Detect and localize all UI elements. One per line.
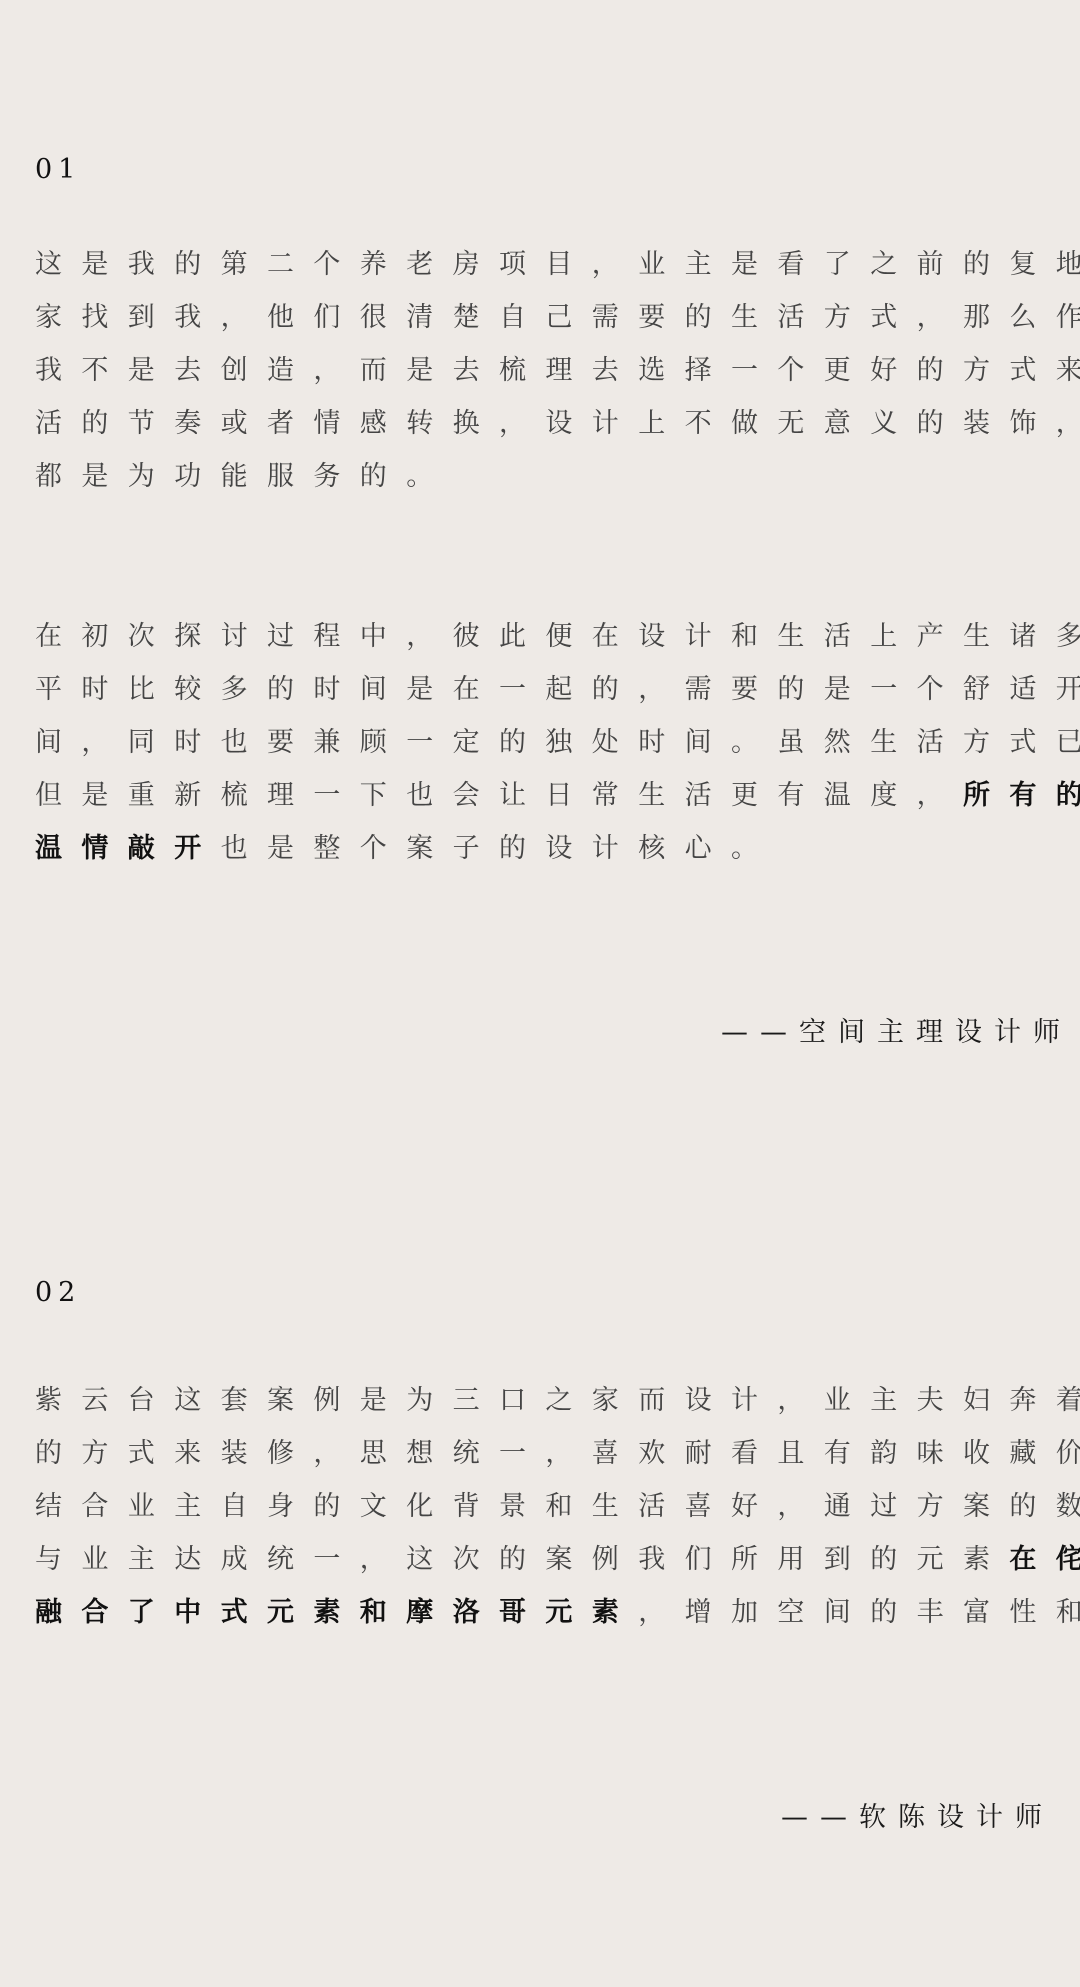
text-line: 间，同时也要兼顾一定的独处时间。虽然生活方式已经固定了，: [35, 716, 1065, 769]
section-02-paragraph-1: 紫云台这套案例是为三口之家而设计，业主夫妇奔着养老和传承 的方式来装修，思想统一…: [35, 1374, 1065, 1639]
text-line: 都是为功能服务的。: [35, 450, 1065, 503]
text-segment: 我不是去创造，而是去梳理去选择一个更好的方式来调和他们生: [35, 355, 1080, 386]
text-segment: 间，同时也要兼顾一定的独处时间。虽然生活方式已经固定了，: [35, 727, 1080, 758]
emphasis-text: 在侘寂的基础上: [1009, 1544, 1080, 1575]
text-line: 平时比较多的时间是在一起的，需要的是一个舒适开阔的共处空: [35, 663, 1065, 716]
text-line: 在初次探讨过程中，彼此便在设计和生活上产生诸多共鸣。业主: [35, 610, 1065, 663]
text-segment: 这是我的第二个养老房项目，业主是看了之前的复地山语城客户: [35, 249, 1080, 280]
text-segment: 也是整个案子的设计核心。: [221, 833, 778, 864]
section-number-02: 02: [35, 1273, 81, 1313]
text-segment: ，增加空间的丰富性和人文情怀。: [638, 1597, 1080, 1628]
text-line: 这是我的第二个养老房项目，业主是看了之前的复地山语城客户: [35, 238, 1065, 291]
text-line: 结合业主自身的文化背景和生活喜好，通过方案的数次沟通设计: [35, 1480, 1065, 1533]
text-segment: 结合业主自身的文化背景和生活喜好，通过方案的数次沟通设计: [35, 1491, 1080, 1522]
text-segment: 的方式来装修，思想统一，喜欢耐看且有韵味收藏价值的物件。: [35, 1438, 1080, 1469]
text-line: 温情敲开也是整个案子的设计核心。: [35, 822, 1065, 875]
text-segment: 平时比较多的时间是在一起的，需要的是一个舒适开阔的共处空: [35, 674, 1080, 705]
section-number-01: 01: [35, 150, 81, 190]
text-segment: 在初次探讨过程中，彼此便在设计和生活上产生诸多共鸣。业主: [35, 621, 1080, 652]
text-segment: 紫云台这套案例是为三口之家而设计，业主夫妇奔着: [35, 1385, 1080, 1416]
emphasis-text: 融合了中式元素和摩洛哥元素: [35, 1597, 638, 1628]
text-line: 我不是去创造，而是去梳理去选择一个更好的方式来调和他们生: [35, 344, 1065, 397]
text-line: 与业主达成统一，这次的案例我们所用到的元素在侘寂的基础上: [35, 1533, 1065, 1586]
attribution-soft-furnishing-designer: ——软陈设计师: [781, 1798, 1054, 1838]
text-line: 的方式来装修，思想统一，喜欢耐看且有韵味收藏价值的物件。: [35, 1427, 1065, 1480]
text-line: 活的节奏或者情感转换，设计上不做无意义的装饰，每一处造型: [35, 397, 1065, 450]
text-segment: 但是重新梳理一下也会让日常生活更有温度，: [35, 780, 963, 811]
text-line: 但是重新梳理一下也会让日常生活更有温度，所有的独处需要被: [35, 769, 1065, 822]
text-segment: 都是为功能服务的。: [35, 461, 453, 492]
text-segment: 与业主达成统一，这次的案例我们所用到的元素: [35, 1544, 1009, 1575]
text-line: 家找到我，他们很清楚自己需要的生活方式，那么作为设计师的: [35, 291, 1065, 344]
text-line: 融合了中式元素和摩洛哥元素，增加空间的丰富性和人文情怀。: [35, 1586, 1065, 1639]
section-01-paragraph-2: 在初次探讨过程中，彼此便在设计和生活上产生诸多共鸣。业主 平时比较多的时间是在一…: [35, 610, 1065, 875]
emphasis-text: 所有的独处需要被: [963, 780, 1080, 811]
text-segment: 活的节奏或者情感转换，设计上不做无意义的装饰，每一处造型: [35, 408, 1080, 439]
text-line: 紫云台这套案例是为三口之家而设计，业主夫妇奔着养老和传承: [35, 1374, 1065, 1427]
section-01-paragraph-1: 这是我的第二个养老房项目，业主是看了之前的复地山语城客户 家找到我，他们很清楚自…: [35, 238, 1065, 503]
attribution-space-designer: ——空间主理设计师: [721, 1013, 1072, 1053]
text-segment: 家找到我，他们很清楚自己需要的生活方式，那么作为设计师的: [35, 302, 1080, 333]
emphasis-text: 温情敲开: [35, 833, 221, 864]
